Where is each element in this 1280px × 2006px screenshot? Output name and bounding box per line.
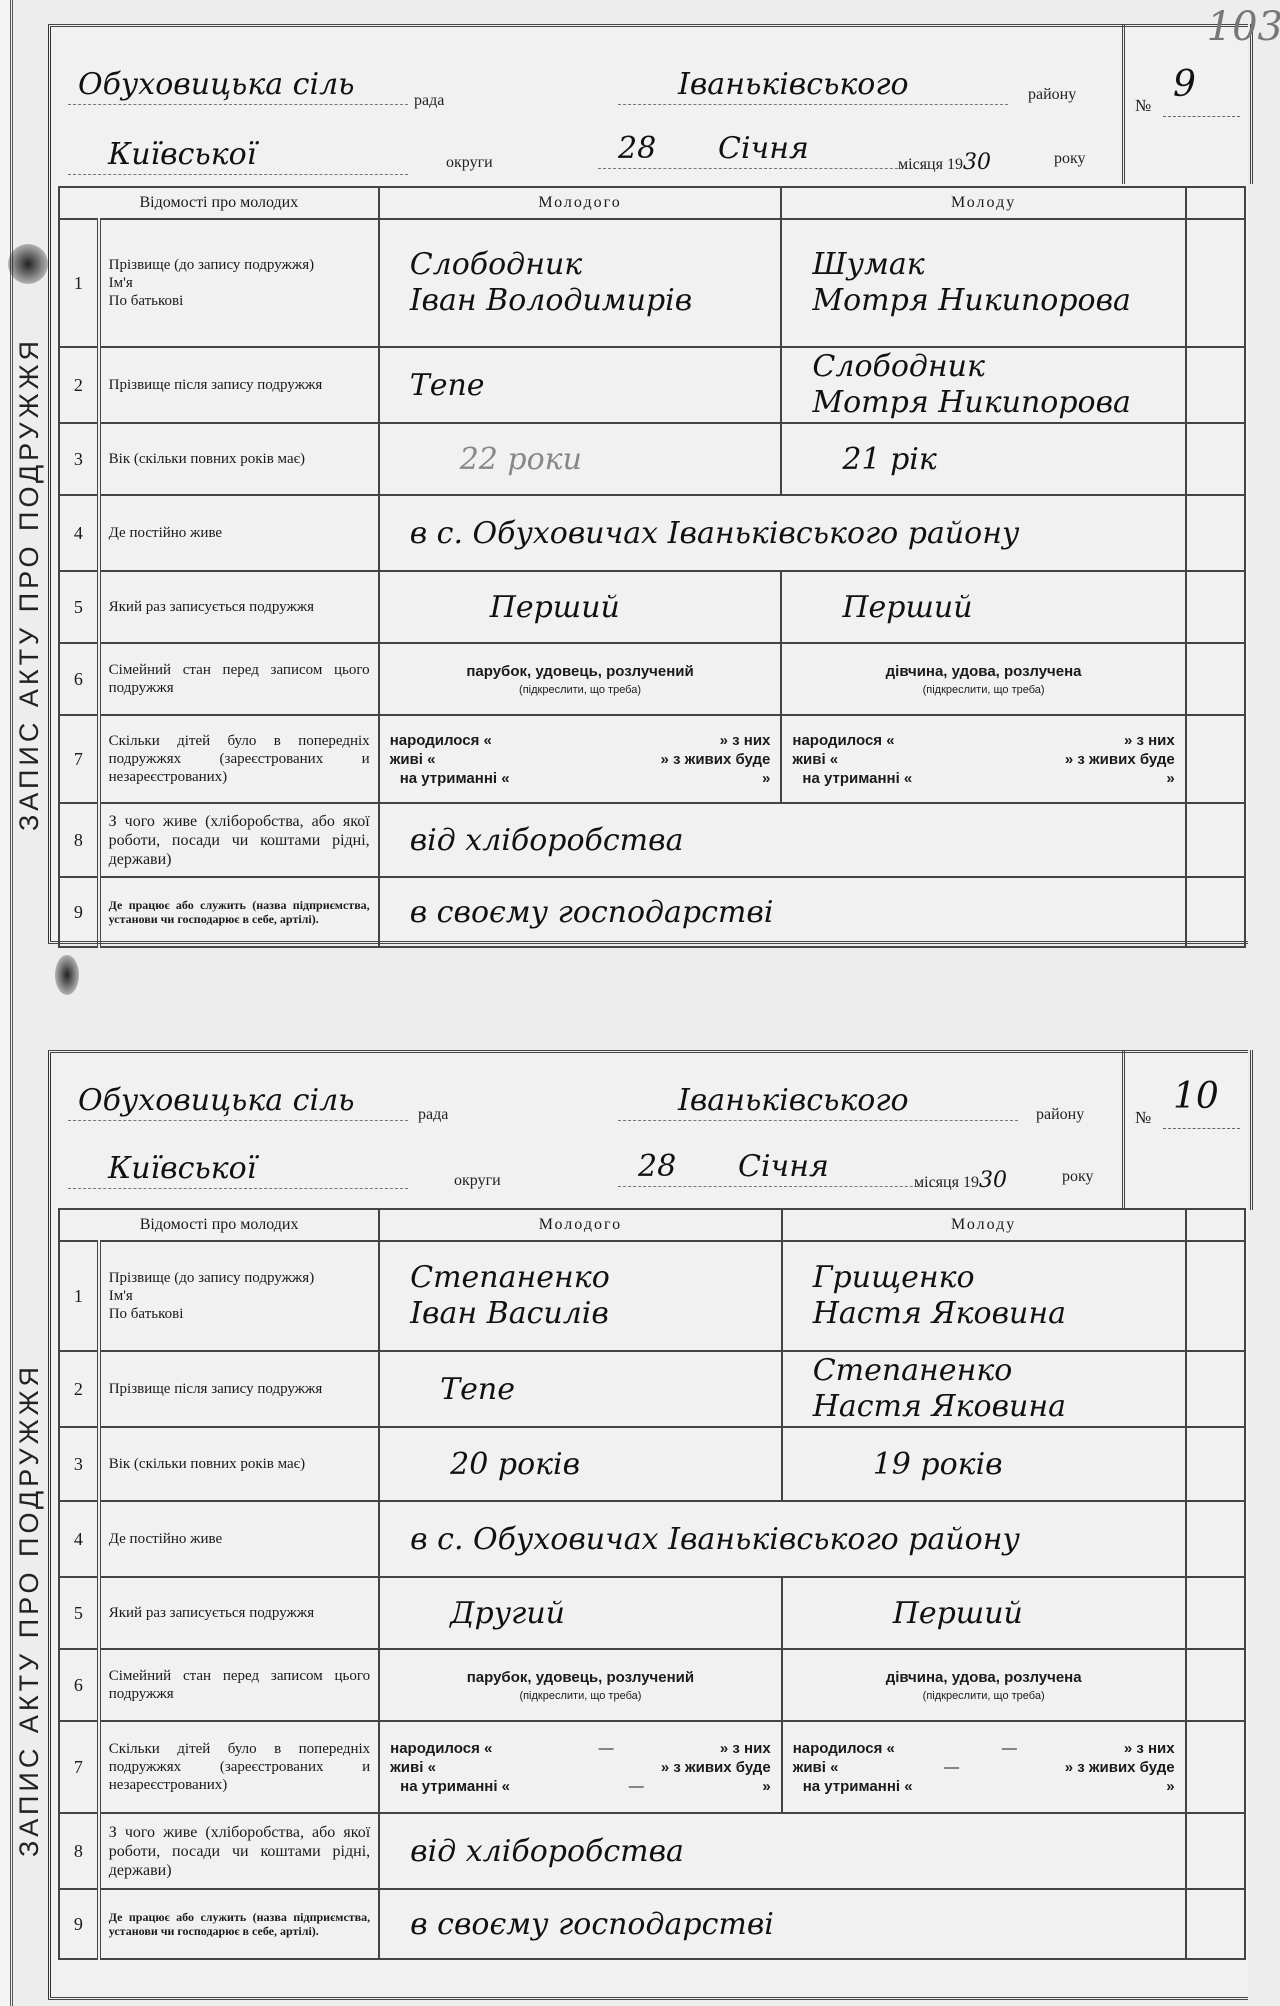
groom-names: СлободникІван Володимирів [379, 219, 782, 347]
groom-surname-after: Тепе [379, 1351, 782, 1427]
kids-born-label: народилося « [792, 731, 894, 750]
extra-cell [1186, 347, 1245, 423]
month-suffix-label: місяця 19 [898, 156, 963, 173]
raion-field: Іваньківського [618, 1080, 1018, 1121]
groom-status: парубок, удовець, розлучений(підкреслити… [379, 643, 782, 715]
row-workplace: 9 Де працює або служить (назва підприємс… [59, 1889, 1245, 1959]
kids-alive-label: живі « [390, 1758, 436, 1777]
rada-label: рада [418, 1106, 448, 1124]
extra-cell [1186, 1427, 1245, 1501]
row-livelihood: 8 З чого живе (хліборобства, або якої ро… [59, 1813, 1245, 1889]
groom-age-value: 22 роки [380, 442, 582, 477]
record-table: Відомості про молодих Молодого Молоду 1 … [58, 1208, 1246, 1960]
bride-marriage-count-value: Перший [782, 590, 972, 625]
page-binding-edge [0, 0, 13, 2006]
kids-support-label: на утриманні « [803, 1777, 913, 1796]
extra-cell [1186, 1351, 1245, 1427]
quote-close: » [1166, 769, 1174, 788]
raion-label: району [1036, 1106, 1084, 1124]
groom-marriage-count-value: Другий [380, 1596, 565, 1631]
row-question: Де працює або служить (назва підприємств… [99, 877, 379, 947]
raion-value: Іваньківського [678, 1083, 909, 1118]
kids-alive-value: — [944, 1758, 959, 1777]
bride-names: ГрищенкоНастя Яковина [782, 1241, 1186, 1351]
groom-name: Іван Володимирів [380, 283, 781, 319]
row-age: 3 Вік (скільки повних років має) 22 роки… [59, 423, 1245, 495]
bride-names: ШумакМотря Никипорова [781, 219, 1185, 347]
kids-born-label: народилося « [793, 1739, 895, 1758]
residence-value-cell: в с. Обуховичах Іваньківського району [379, 1501, 1185, 1577]
row-question: Прізвище (до запису подружжя) Ім'я По ба… [99, 219, 379, 347]
record-header: Обуховицька сіль рада Іваньківського рай… [58, 1050, 1118, 1210]
bride-status-options: дівчина, удова, розлучена [886, 1669, 1082, 1686]
row-names: 1 Прізвище (до запису подружжя) Ім'я По … [59, 219, 1245, 347]
bride-surname: Грищенко [783, 1260, 1185, 1296]
extra-cell [1186, 1577, 1245, 1649]
kids-support-value: — [629, 1777, 644, 1796]
extra-cell [1186, 495, 1245, 571]
bride-age: 19 років [782, 1427, 1186, 1501]
bride-marriage-count-value: Перший [783, 1596, 1023, 1631]
month-suffix-label: місяця 19 [914, 1174, 979, 1191]
row-surname-after: 2 Прізвище після запису подружжя Тепе Сл… [59, 347, 1245, 423]
row-number: 9 [59, 1889, 99, 1959]
col-header-info: Відомості про молодих [59, 1209, 379, 1241]
row-marriage-count: 5 Який раз записується подружжя Другий П… [59, 1577, 1245, 1649]
extra-cell [1186, 715, 1245, 803]
bride-name-after-value: Настя Яковина [783, 1389, 1185, 1425]
residence-value-cell: в с. Обуховичах Іваньківського району [379, 495, 1186, 571]
col-header-groom: Молодого [379, 1209, 782, 1241]
groom-age-value: 20 років [380, 1447, 580, 1482]
groom-status: парубок, удовець, розлучений(підкреслити… [379, 1649, 782, 1721]
kids-will-be-label: » з живих буде [1065, 1758, 1175, 1777]
groom-surname: Слободник [380, 247, 781, 283]
raion-value: Іваньківського [678, 67, 909, 102]
kids-will-be-label: » з живих буде [661, 750, 771, 769]
year-label: місяця 1930 [898, 150, 991, 175]
row-number: 3 [59, 1427, 99, 1501]
raion-label: району [1028, 86, 1076, 104]
row-question: Сімейний стан перед записом цього подруж… [99, 643, 379, 715]
month-value: Січня [738, 1149, 829, 1184]
extra-cell [1186, 1649, 1245, 1721]
date-field: 28 Січня [618, 1146, 938, 1187]
row-question: Де постійно живе [99, 495, 379, 571]
col-header-bride: Молоду [781, 187, 1185, 219]
row-number: 7 [59, 715, 99, 803]
extra-cell [1186, 1241, 1245, 1351]
bride-name: Мотря Никипорова [782, 283, 1184, 319]
groom-surname-after-value: Тепе [380, 1372, 515, 1407]
groom-status-options: парубок, удовець, розлучений [466, 663, 693, 680]
bride-age: 21 рік [781, 423, 1185, 495]
kids-alive-label: живі « [792, 750, 838, 769]
rada-value: Обуховицька сіль [78, 1083, 355, 1118]
number-label: № [1135, 1108, 1151, 1128]
row-age: 3 Вік (скільки повних років має) 20 рокі… [59, 1427, 1245, 1501]
underline-hint: (підкреслити, що треба) [380, 1690, 781, 1702]
residence-value: в с. Обуховичах Іваньківського району [380, 516, 1020, 551]
extra-cell [1186, 1889, 1245, 1959]
col-header-info: Відомості про молодих [59, 187, 379, 219]
underline-hint: (підкреслити, що треба) [782, 684, 1184, 696]
row-number: 6 [59, 643, 99, 715]
row-marital-status: 6 Сімейний стан перед записом цього подр… [59, 1649, 1245, 1721]
kids-will-be-label: » з живих буде [661, 1758, 771, 1777]
workplace-value-cell: в своєму господарстві [379, 877, 1186, 947]
livelihood-value: від хліборобства [380, 1834, 684, 1869]
kids-support-label: на утриманні « [400, 769, 510, 788]
rada-value: Обуховицька сіль [78, 67, 355, 102]
extra-cell [1186, 1721, 1245, 1813]
record-number-box: № 10 [1122, 1050, 1253, 1210]
row-number: 9 [59, 877, 99, 947]
row-children: 7 Скільки дітей було в попередніх подруж… [59, 1721, 1245, 1813]
number-underline [1163, 1128, 1240, 1129]
row-question: Прізвище (до запису подружжя) Ім'я По ба… [99, 1241, 379, 1351]
row-question: З чого живе (хліборобства, або якої робо… [99, 803, 379, 877]
col-header-groom: Молодого [379, 187, 782, 219]
bride-children: народилося «» з них живі «» з живих буде… [781, 715, 1185, 803]
kids-born-value: — [599, 1739, 614, 1758]
row-number: 4 [59, 495, 99, 571]
row-livelihood: 8 З чого живе (хліборобства, або якої ро… [59, 803, 1245, 877]
ink-stain [55, 955, 79, 995]
workplace-value: в своєму господарстві [380, 1907, 774, 1942]
row-question: Прізвище після запису подружжя [99, 347, 379, 423]
row-question: Скільки дітей було в попередніх подружжя… [99, 715, 379, 803]
bride-children: народилося «—» з них живі «—» з живих бу… [782, 1721, 1186, 1813]
extra-cell [1186, 1813, 1245, 1889]
bride-status-options: дівчина, удова, розлучена [886, 663, 1082, 680]
col-header-extra [1186, 187, 1245, 219]
quote-close: » [762, 1777, 770, 1796]
livelihood-value: від хліборобства [380, 823, 684, 858]
bride-surname-after-value: Степаненко [783, 1353, 1185, 1389]
bride-status: дівчина, удова, розлучена(підкреслити, щ… [781, 643, 1185, 715]
extra-cell [1186, 1501, 1245, 1577]
livelihood-value-cell: від хліборобства [379, 803, 1186, 877]
row-marriage-count: 5 Який раз записується подружжя Перший П… [59, 571, 1245, 643]
row-number: 5 [59, 571, 99, 643]
groom-surname: Степаненко [380, 1260, 781, 1296]
okruha-value: Київської [108, 137, 256, 172]
rada-field: Обуховицька сіль [68, 1080, 408, 1121]
groom-children: народилося «» з них живі «» з живих буде… [379, 715, 782, 803]
row-question: Який раз записується подружжя [99, 1577, 379, 1649]
roku-label: року [1054, 150, 1086, 168]
day-value: 28 [638, 1149, 676, 1184]
bride-marriage-count: Перший [781, 571, 1185, 643]
kids-of-them-label: » з них [1124, 1739, 1175, 1758]
record-number: 9 [1173, 64, 1196, 105]
rada-field: Обуховицька сіль [68, 64, 408, 105]
row-question: Який раз записується подружжя [99, 571, 379, 643]
row-children: 7 Скільки дітей було в попередніх подруж… [59, 715, 1245, 803]
extra-cell [1186, 803, 1245, 877]
groom-status-options: парубок, удовець, розлучений [467, 1669, 694, 1686]
row-marital-status: 6 Сімейний стан перед записом цього подр… [59, 643, 1245, 715]
day-value: 28 [618, 131, 656, 166]
groom-surname-after: Тепе [379, 347, 782, 423]
bride-marriage-count: Перший [782, 1577, 1186, 1649]
extra-cell [1186, 571, 1245, 643]
groom-age: 22 роки [379, 423, 782, 495]
groom-marriage-count: Перший [379, 571, 782, 643]
workplace-value: в своєму господарстві [380, 895, 774, 930]
kids-support-label: на утриманні « [802, 769, 912, 788]
bride-surname: Шумак [782, 247, 1184, 283]
row-question: Прізвище після запису подружжя [99, 1351, 379, 1427]
year-value: 30 [979, 1168, 1007, 1193]
rada-label: рада [414, 92, 444, 110]
row-names: 1 Прізвище (до запису подружжя) Ім'я По … [59, 1241, 1245, 1351]
col-header-extra [1186, 1209, 1245, 1241]
row-workplace: 9 Де працює або служить (назва підприємс… [59, 877, 1245, 947]
okruha-label: округи [454, 1172, 501, 1190]
underline-hint: (підкреслити, що треба) [380, 684, 781, 696]
okruha-label: округи [446, 154, 493, 172]
row-number: 2 [59, 347, 99, 423]
number-underline [1163, 116, 1240, 117]
bride-name: Настя Яковина [783, 1296, 1185, 1332]
bride-name-after-value: Мотря Никипорова [782, 385, 1184, 421]
row-question: Скільки дітей було в попередніх подружжя… [99, 1721, 379, 1813]
groom-marriage-count: Другий [379, 1577, 782, 1649]
bride-surname-after: СлободникМотря Никипорова [781, 347, 1185, 423]
raion-field: Іваньківського [618, 64, 1008, 105]
groom-name: Іван Василів [380, 1296, 781, 1332]
extra-cell [1186, 423, 1245, 495]
kids-alive-label: живі « [793, 1758, 839, 1777]
date-field: 28 Січня [598, 128, 928, 169]
bride-age-value: 19 років [783, 1447, 1003, 1482]
bride-surname-after-value: Слободник [782, 349, 1184, 385]
row-number: 8 [59, 803, 99, 877]
row-number: 3 [59, 423, 99, 495]
ink-stain [8, 244, 48, 284]
row-question: Вік (скільки повних років має) [99, 1427, 379, 1501]
extra-cell [1186, 643, 1245, 715]
livelihood-value-cell: від хліборобства [379, 1813, 1185, 1889]
groom-names: СтепаненкоІван Василів [379, 1241, 782, 1351]
year-value: 30 [963, 150, 991, 175]
workplace-value-cell: в своєму господарстві [379, 1889, 1185, 1959]
groom-age: 20 років [379, 1427, 782, 1501]
record-header: Обуховицька сіль рада Іваньківського рай… [58, 24, 1118, 184]
kids-of-them-label: » з них [720, 731, 771, 750]
kids-support-label: на утриманні « [400, 1777, 510, 1796]
groom-surname-after-value: Тепе [380, 368, 485, 403]
margin-note: 103 [1207, 4, 1280, 50]
underline-hint: (підкреслити, що треба) [783, 1690, 1185, 1702]
quote-close: » [1166, 1777, 1174, 1796]
extra-cell [1186, 877, 1245, 947]
kids-of-them-label: » з них [1124, 731, 1175, 750]
kids-alive-label: живі « [390, 750, 436, 769]
row-question: Де постійно живе [99, 1501, 379, 1577]
row-residence: 4 Де постійно живе в с. Обуховичах Івань… [59, 495, 1245, 571]
row-question: Де працює або служить (назва підприємств… [99, 1889, 379, 1959]
marriage-record-2: ЗАПИС АКТУ ПРО ПОДРУЖЖЯ Обуховицька сіль… [48, 1050, 1248, 2000]
row-number: 7 [59, 1721, 99, 1813]
row-number: 2 [59, 1351, 99, 1427]
quote-close: » [762, 769, 770, 788]
row-residence: 4 Де постійно живе в с. Обуховичах Івань… [59, 1501, 1245, 1577]
kids-will-be-label: » з живих буде [1065, 750, 1175, 769]
bride-age-value: 21 рік [782, 442, 936, 477]
row-number: 8 [59, 1813, 99, 1889]
kids-born-label: народилося « [390, 1739, 492, 1758]
bride-status: дівчина, удова, розлучена(підкреслити, щ… [782, 1649, 1186, 1721]
col-header-bride: Молоду [782, 1209, 1186, 1241]
roku-label: року [1062, 1168, 1094, 1186]
row-number: 1 [59, 219, 99, 347]
row-number: 4 [59, 1501, 99, 1577]
okruha-value: Київської [108, 1151, 256, 1186]
okruha-field: Київської [68, 1148, 408, 1189]
bride-surname-after: СтепаненкоНастя Яковина [782, 1351, 1186, 1427]
groom-children: народилося «—» з них живі «» з живих буд… [379, 1721, 782, 1813]
record-table: Відомості про молодих Молодого Молоду 1 … [58, 186, 1246, 948]
kids-born-label: народилося « [390, 731, 492, 750]
kids-of-them-label: » з них [720, 1739, 771, 1758]
marriage-record-1: ЗАПИС АКТУ ПРО ПОДРУЖЖЯ Обуховицька сіль… [48, 24, 1248, 944]
month-value: Січня [718, 131, 809, 166]
row-question: Вік (скільки повних років має) [99, 423, 379, 495]
okruha-field: Київської [68, 134, 408, 175]
kids-born-value: — [1002, 1739, 1017, 1758]
groom-marriage-count-value: Перший [380, 590, 620, 625]
row-number: 1 [59, 1241, 99, 1351]
residence-value: в с. Обуховичах Іваньківського району [380, 1522, 1020, 1557]
row-surname-after: 2 Прізвище після запису подружжя Тепе Ст… [59, 1351, 1245, 1427]
record-number: 10 [1173, 1076, 1219, 1117]
row-question: Сімейний стан перед записом цього подруж… [99, 1649, 379, 1721]
row-question: З чого живе (хліборобства, або якої робо… [99, 1813, 379, 1889]
row-number: 5 [59, 1577, 99, 1649]
number-label: № [1135, 96, 1151, 116]
extra-cell [1186, 219, 1245, 347]
row-number: 6 [59, 1649, 99, 1721]
year-label: місяця 1930 [914, 1168, 1007, 1193]
